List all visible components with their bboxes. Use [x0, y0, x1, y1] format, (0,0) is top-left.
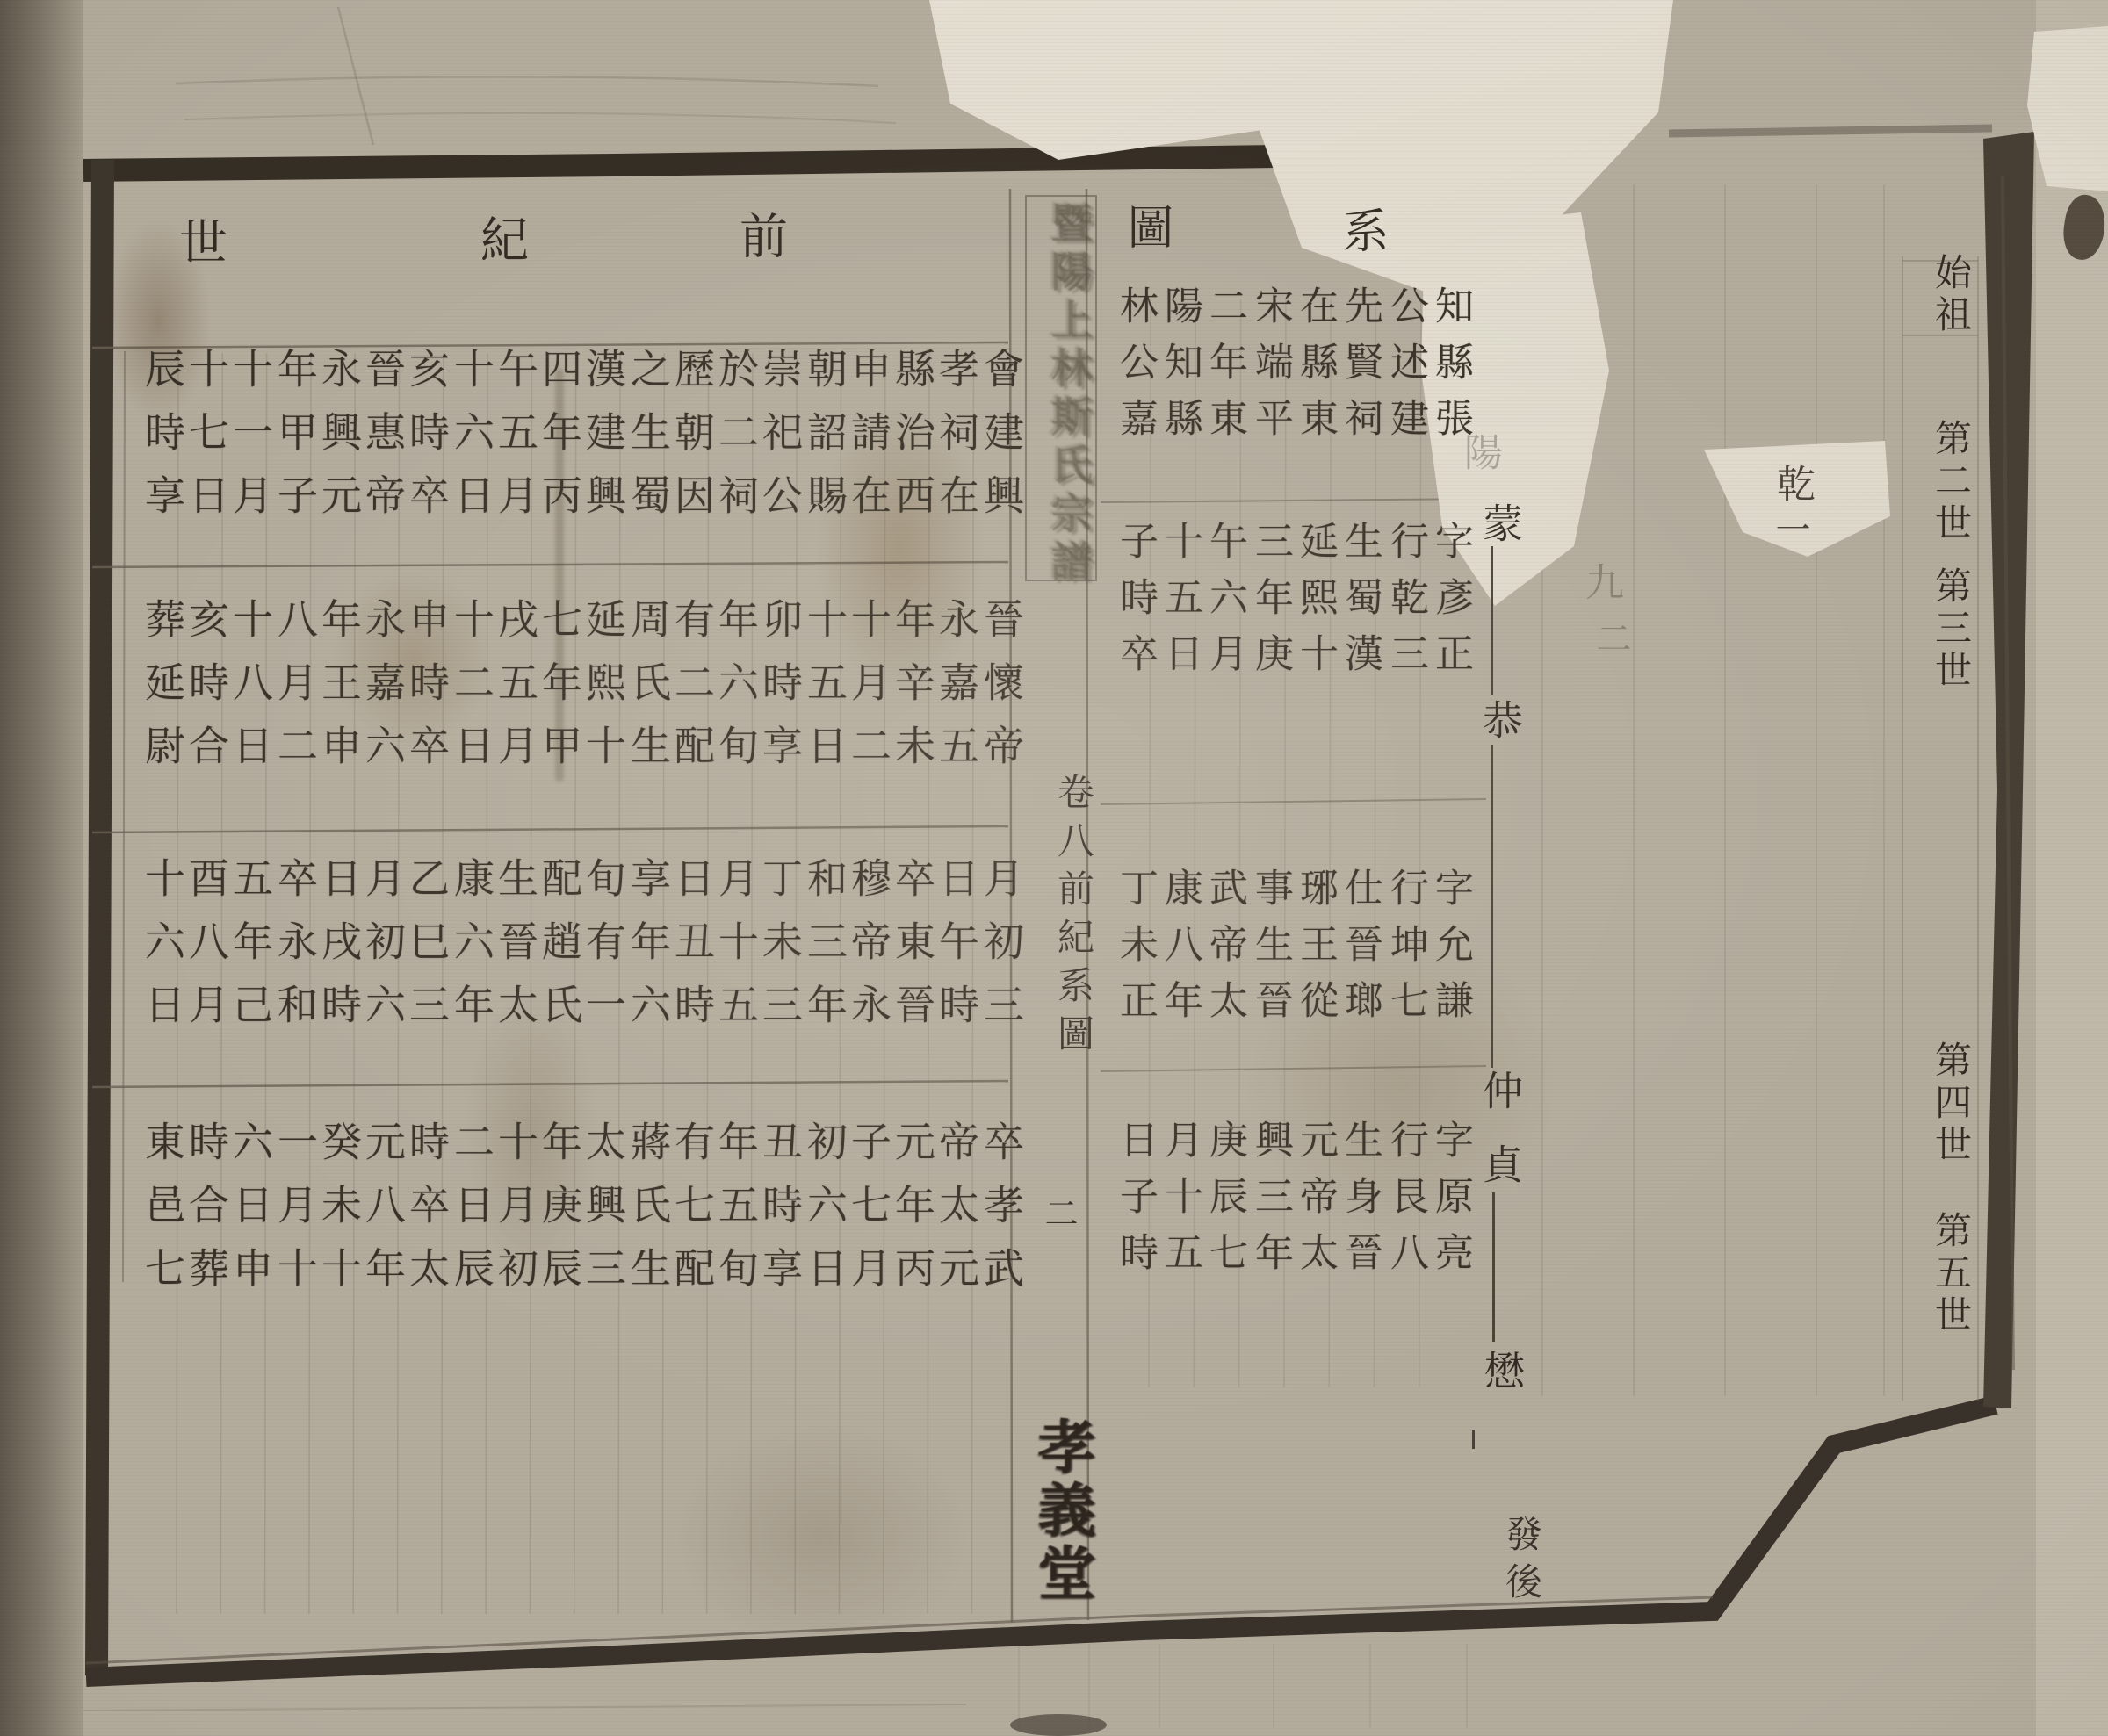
underlay-mark: 乾: [1764, 464, 1820, 502]
genealogy-book-scan: 世 紀 前 圖 系 暨陽上林斯氏宗譜 卷八前紀系圖 二 孝義堂 辰時享十七日十一…: [0, 0, 2108, 1736]
hall-name: 孝義堂: [1021, 1416, 1104, 1606]
left-page-header-char: 世: [165, 217, 235, 265]
text-column: 知縣張: [1422, 285, 1478, 454]
book-title: 暨陽上林斯氏宗譜: [1039, 202, 1098, 588]
handwritten-mark: 九: [1572, 562, 1628, 601]
margin-label-shizu: 始祖: [1924, 253, 1977, 337]
handwritten-mark: 二: [1586, 620, 1636, 655]
lineage-connector-line: [1491, 745, 1493, 1068]
right-page-header-char: 系: [1328, 206, 1395, 253]
lineage-chain-name: 蒙: [1471, 502, 1529, 543]
text-column: 晉懷帝: [972, 598, 1030, 788]
underlay-mark: 一: [1765, 511, 1816, 546]
volume-section-label: 卷八前紀系圖: [1047, 773, 1100, 1062]
right-page-header-char: 圖: [1113, 203, 1180, 249]
margin-label-gen5: 第五世: [1924, 1211, 1977, 1337]
lineage-connector-line: [1492, 1192, 1495, 1342]
margin-label-gen2: 第二世: [1924, 419, 1977, 545]
text-column: 字允謙: [1422, 868, 1478, 1036]
text-column: 字彥正: [1422, 521, 1478, 689]
lineage-chain-name: 懋: [1473, 1350, 1531, 1390]
text-column: 月初三: [972, 857, 1030, 1047]
text-column: 字原亮: [1422, 1120, 1478, 1288]
text-column: 卒孝武: [972, 1120, 1030, 1310]
margin-label-gen4: 第四世: [1924, 1041, 1977, 1167]
lineage-chain-name: 恭: [1471, 699, 1529, 739]
lineage-chain-name: 仲貞: [1471, 1070, 1529, 1217]
text-column: 會建興: [972, 348, 1030, 537]
left-page-header-char: 前: [726, 211, 795, 259]
bottom-edge-smudge: [1010, 1714, 1107, 1736]
left-page-header-char: 紀: [466, 214, 536, 263]
lineage-connector-line: [1491, 546, 1493, 695]
lineage-connector-line: [1472, 1430, 1475, 1449]
torn-partial-char: 陽: [1451, 432, 1507, 471]
chain-end-note: 發後: [1495, 1515, 1548, 1610]
margin-label-gen3: 第三世: [1924, 566, 1977, 693]
page-number: 二: [1035, 1196, 1083, 1229]
